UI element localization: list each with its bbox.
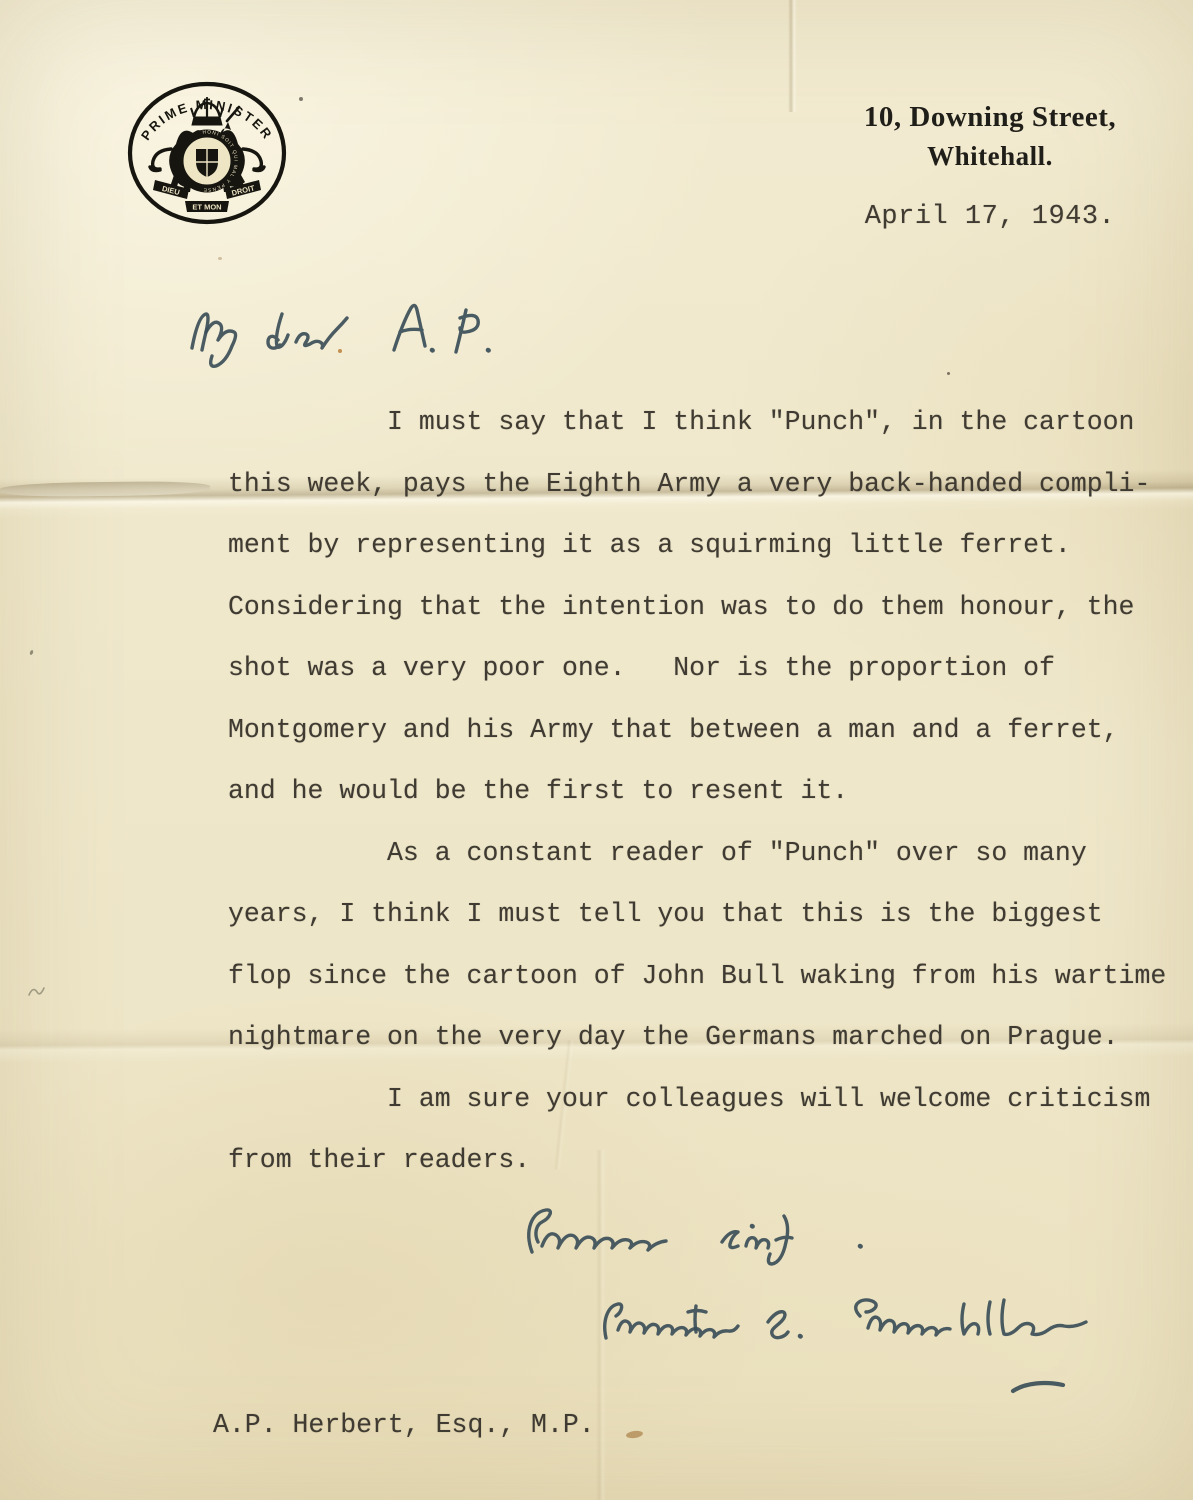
letter-line: from their readers. [228, 1130, 1166, 1192]
paper-speck [299, 97, 303, 101]
letterhead-address-line1: 10, Downing Street, [800, 101, 1180, 134]
paper-speck [29, 650, 34, 656]
paper-speck [218, 257, 222, 260]
letter-line: shot was a very poor one. Nor is the pro… [228, 638, 1166, 700]
letter-line: nightmare on the very day the Germans ma… [228, 1007, 1166, 1069]
letterhead-address-line2: Whitehall. [800, 141, 1180, 172]
signature-handwriting: Winston S. Churchill [592, 1282, 1112, 1362]
letter-date: April 17, 1943. [800, 202, 1180, 232]
recipient-line: A.P. Herbert, Esq., M.P. [213, 1410, 595, 1440]
letterhead: 10, Downing Street, Whitehall. April 17,… [800, 101, 1180, 232]
letter-line: Considering that the intention was to do… [228, 577, 1166, 639]
motto-left-text: DIEU [161, 184, 181, 197]
paper-speck [947, 372, 950, 375]
letter-body: I must say that I think "Punch", in the … [228, 392, 1166, 1192]
closing-handwriting: Yours sincly. [498, 1190, 898, 1285]
letter-line: this week, pays the Eighth Army a very b… [228, 454, 1166, 516]
letter-line: Montgomery and his Army that between a m… [228, 700, 1166, 762]
letter-line: I am sure your colleagues will welcome c… [228, 1069, 1166, 1131]
signature-flourish-dash [1005, 1375, 1075, 1405]
letter-line: flop since the cartoon of John Bull waki… [228, 946, 1166, 1008]
salutation-handwriting: My dear A.P. [182, 288, 527, 391]
motto-bottom-text: ET MON [192, 203, 221, 212]
letter-line: I must say that I think "Punch", in the … [228, 392, 1166, 454]
closing-ink [498, 1190, 898, 1280]
pencil-mark [26, 982, 50, 1000]
salutation-ink [182, 288, 527, 386]
letter-line: ment by representing it as a squirming l… [228, 515, 1166, 577]
letter-line: years, I think I must tell you that this… [228, 884, 1166, 946]
letter-line: and he would be the first to resent it. [228, 761, 1166, 823]
signature-ink [592, 1282, 1112, 1357]
royal-crest: PRIME MINISTER HONI SOIT QUI MAL Y [123, 77, 291, 229]
vertical-crease-top [788, 0, 797, 112]
paper-stain [626, 1430, 644, 1439]
letter-scan: PRIME MINISTER HONI SOIT QUI MAL Y [0, 0, 1193, 1500]
letter-line: As a constant reader of "Punch" over so … [228, 823, 1166, 885]
